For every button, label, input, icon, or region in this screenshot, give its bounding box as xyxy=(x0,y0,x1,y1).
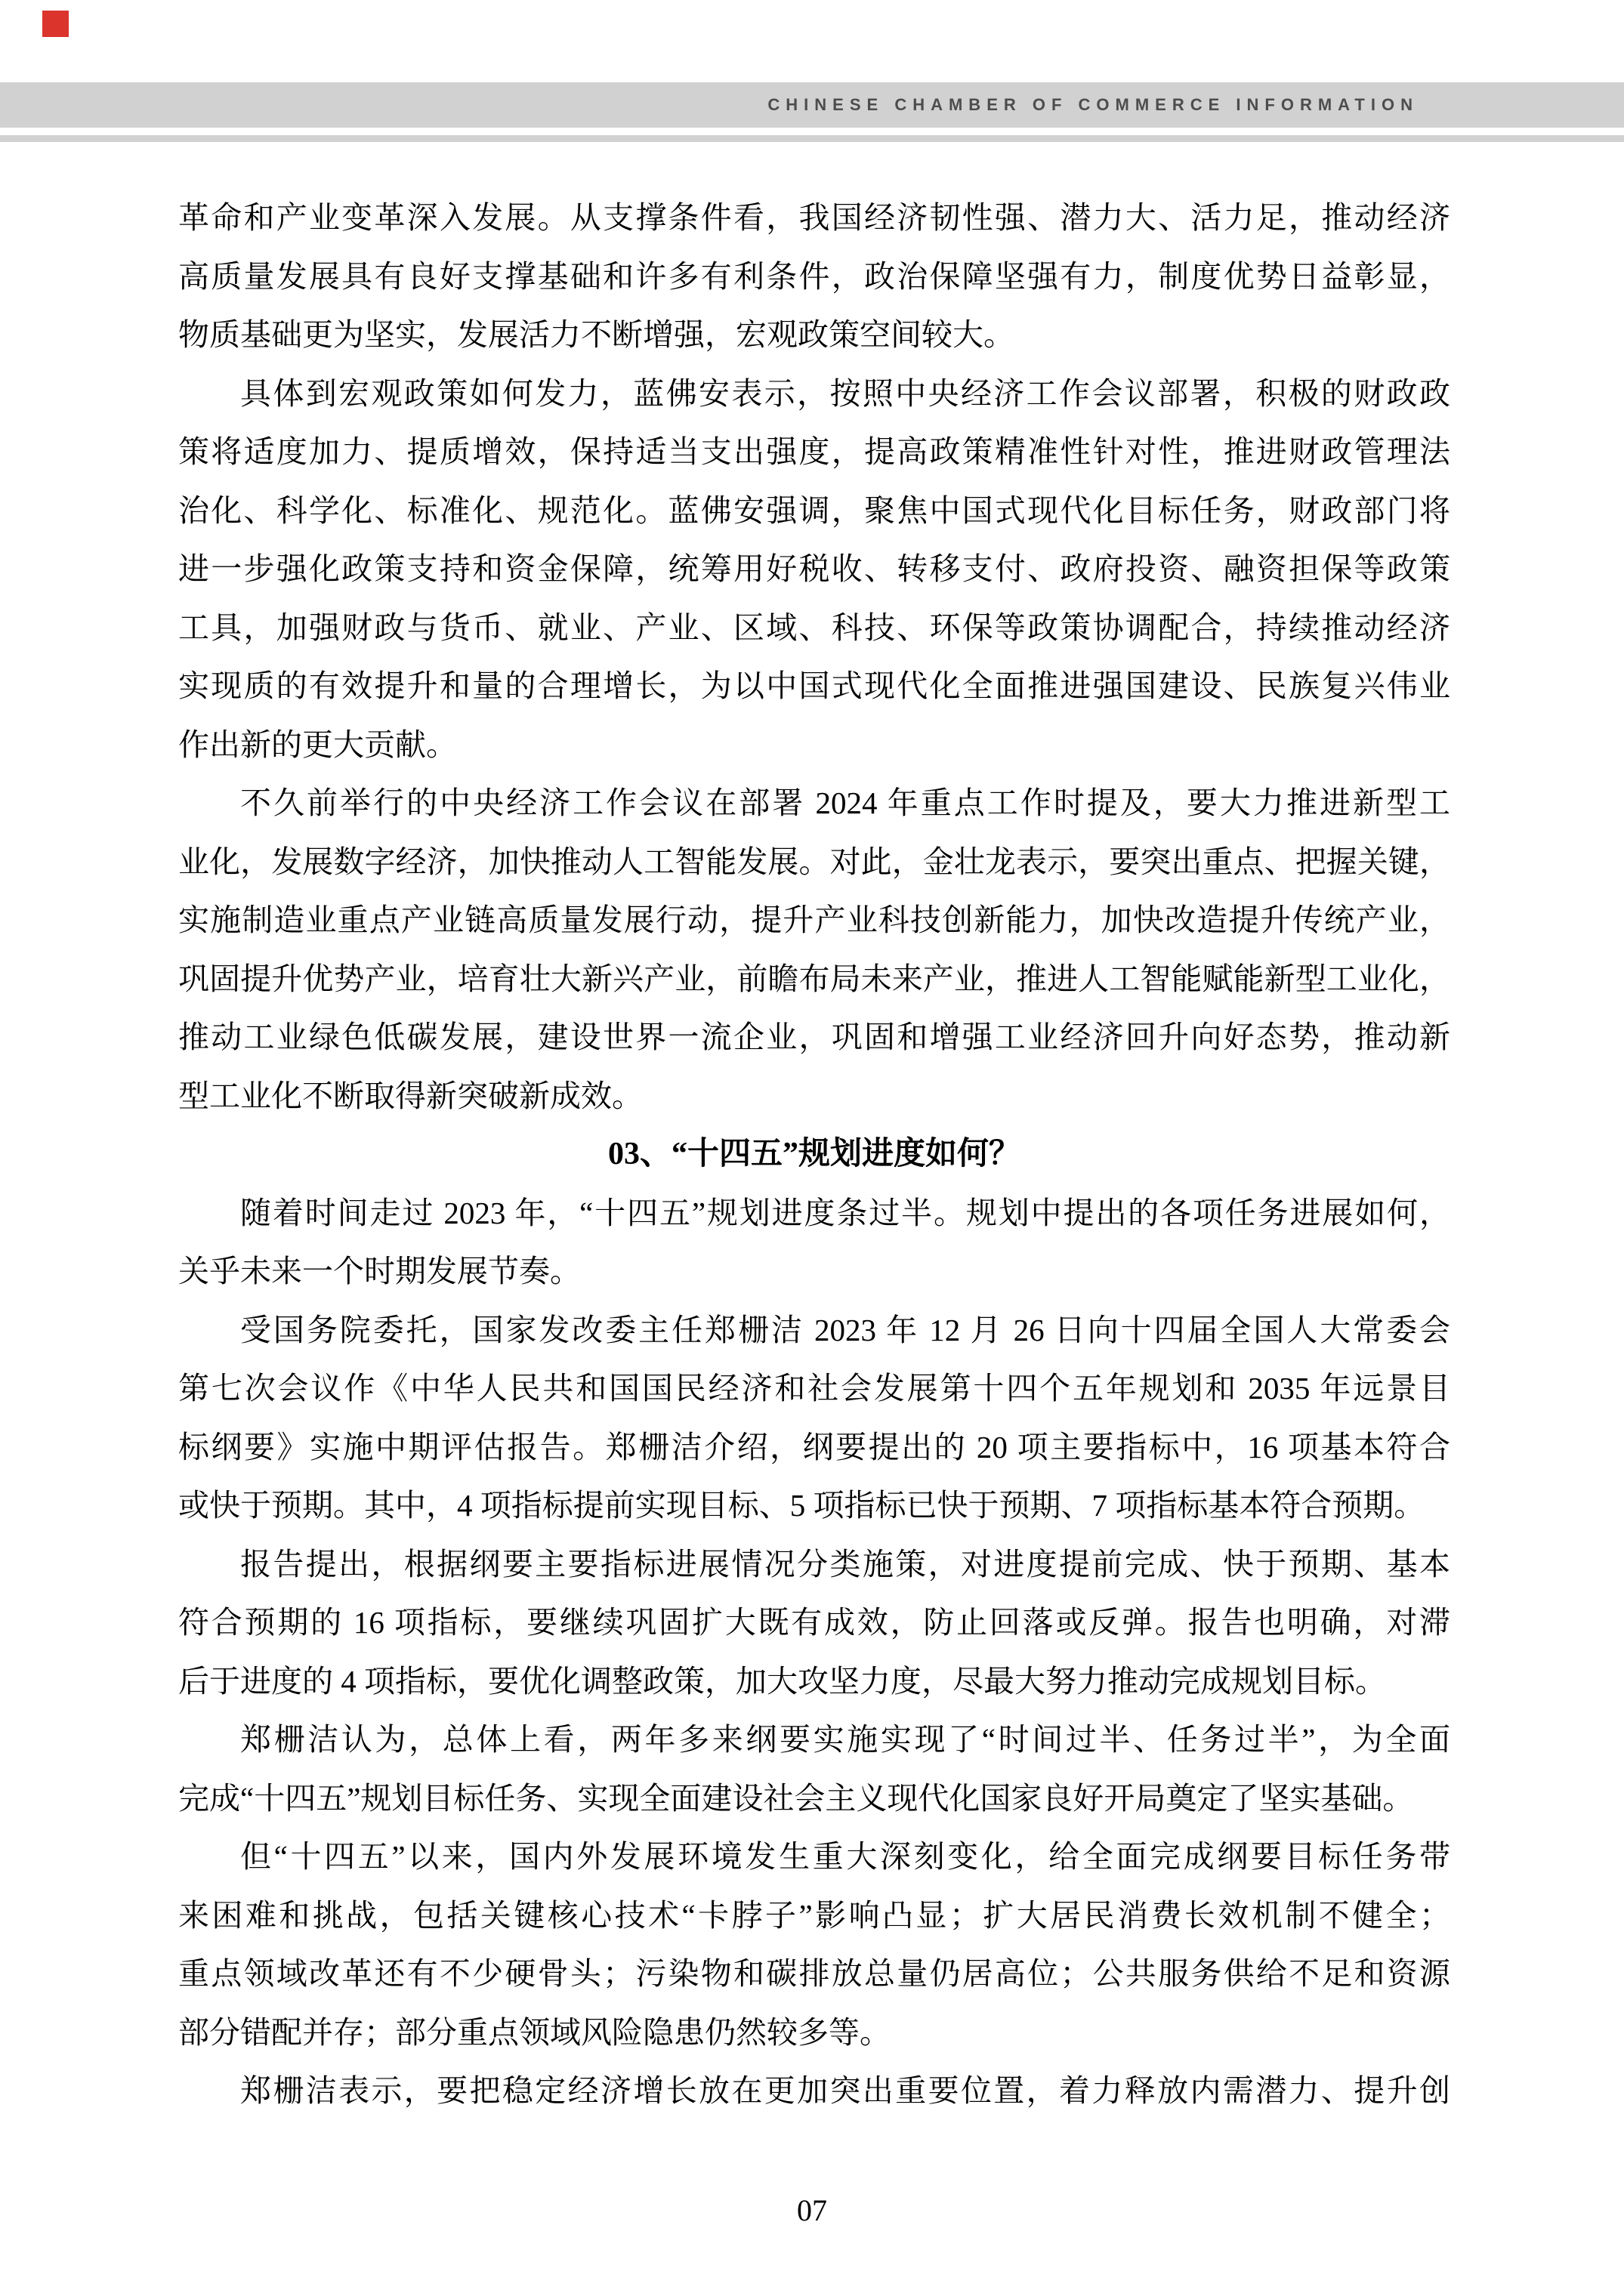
text-line: 治化、科学化、标准化、规范化。蓝佛安强调，聚焦中国式现代化目标任务，财政部门将 xyxy=(178,482,1450,541)
text-line: 随着时间走过 2023 年，“十四五”规划进度条过半。规划中提出的各项任务进展如… xyxy=(178,1184,1450,1243)
text-line: 高质量发展具有良好支撑基础和许多有利条件，政治保障坚强有力，制度优势日益彰显， xyxy=(178,248,1450,307)
document-page: CHINESE CHAMBER OF COMMERCE INFORMATION … xyxy=(0,0,1624,2293)
text-line: 部分错配并存；部分重点领域风险隐患仍然较多等。 xyxy=(178,2004,1450,2063)
text-line: 受国务院委托，国家发改委主任郑栅洁 2023 年 12 月 26 日向十四届全国… xyxy=(178,1301,1450,1360)
text-line: 推动工业绿色低碳发展，建设世界一流企业，巩固和增强工业经济回升向好态势，推动新 xyxy=(178,1008,1450,1067)
text-line: 业化，发展数字经济，加快推动人工智能发展。对此，金壮龙表示，要突出重点、把握关键… xyxy=(178,833,1450,892)
text-line: 策将适度加力、提质增效，保持适当支出强度，提高政策精准性针对性，推进财政管理法 xyxy=(178,423,1450,482)
text-line: 实施制造业重点产业链高质量发展行动，提升产业科技创新能力，加快改造提升传统产业， xyxy=(178,891,1450,950)
text-line: 来困难和挑战，包括关键核心技术“卡脖子”影响凸显；扩大居民消费长效机制不健全； xyxy=(178,1887,1450,1946)
text-line: 但“十四五”以来，国内外发展环境发生重大深刻变化，给全面完成纲要目标任务带 xyxy=(178,1828,1450,1887)
text-line: 重点领域改革还有不少硬骨头；污染物和碳排放总量仍居高位；公共服务供给不足和资源 xyxy=(178,1945,1450,2004)
red-square-decoration xyxy=(42,11,69,37)
text-line: 型工业化不断取得新突破新成效。 xyxy=(178,1067,1450,1126)
header-band-thin xyxy=(0,135,1624,142)
text-line: 关乎未来一个时期发展节奏。 xyxy=(178,1242,1450,1301)
text-line: 郑栅洁表示，要把稳定经济增长放在更加突出重要位置，着力释放内需潜力、提升创 xyxy=(178,2062,1450,2121)
page-number: 07 xyxy=(0,2193,1624,2228)
text-line: 报告提出，根据纲要主要指标进展情况分类施策，对进度提前完成、快于预期、基本 xyxy=(178,1535,1450,1594)
text-line: 完成“十四五”规划目标任务、实现全面建设社会主义现代化国家良好开局奠定了坚实基础… xyxy=(178,1770,1450,1829)
text-line: 第七次会议作《中华人民共和国国民经济和社会发展第十四个五年规划和 2035 年远… xyxy=(178,1359,1450,1418)
text-line: 实现质的有效提升和量的合理增长，为以中国式现代化全面推进强国建设、民族复兴伟业 xyxy=(178,657,1450,716)
section-heading: 03、“十四五”规划进度如何？ xyxy=(178,1125,1450,1184)
article-lines-after: 随着时间走过 2023 年，“十四五”规划进度条过半。规划中提出的各项任务进展如… xyxy=(178,1184,1450,2121)
text-line: 具体到宏观政策如何发力，蓝佛安表示，按照中央经济工作会议部署，积极的财政政 xyxy=(178,365,1450,424)
text-line: 符合预期的 16 项指标，要继续巩固扩大既有成效，防止回落或反弹。报告也明确，对… xyxy=(178,1594,1450,1653)
text-line: 不久前举行的中央经济工作会议在部署 2024 年重点工作时提及，要大力推进新型工 xyxy=(178,774,1450,833)
text-line: 革命和产业变革深入发展。从支撑条件看，我国经济韧性强、潜力大、活力足，推动经济 xyxy=(178,189,1450,248)
text-line: 巩固提升优势产业，培育壮大新兴产业，前瞻布局未来产业，推进人工智能赋能新型工业化… xyxy=(178,950,1450,1009)
header-band: CHINESE CHAMBER OF COMMERCE INFORMATION xyxy=(0,82,1624,128)
text-line: 作出新的更大贡献。 xyxy=(178,716,1450,775)
text-line: 进一步强化政策支持和资金保障，统筹用好税收、转移支付、政府投资、融资担保等政策 xyxy=(178,540,1450,599)
text-line: 工具，加强财政与货币、就业、产业、区域、科技、环保等政策协调配合，持续推动经济 xyxy=(178,599,1450,658)
article-body: 革命和产业变革深入发展。从支撑条件看，我国经济韧性强、潜力大、活力足，推动经济高… xyxy=(178,189,1450,2121)
text-line: 标纲要》实施中期评估报告。郑栅洁介绍，纲要提出的 20 项主要指标中，16 项基… xyxy=(178,1418,1450,1477)
article-lines-before: 革命和产业变革深入发展。从支撑条件看，我国经济韧性强、潜力大、活力足，推动经济高… xyxy=(178,189,1450,1125)
text-line: 物质基础更为坚实，发展活力不断增强，宏观政策空间较大。 xyxy=(178,306,1450,365)
text-line: 后于进度的 4 项指标，要优化调整政策，加大攻坚力度，尽最大努力推动完成规划目标… xyxy=(178,1653,1450,1711)
header-title: CHINESE CHAMBER OF COMMERCE INFORMATION xyxy=(767,95,1419,115)
text-line: 郑栅洁认为，总体上看，两年多来纲要实施实现了“时间过半、任务过半”，为全面 xyxy=(178,1711,1450,1770)
text-line: 或快于预期。其中，4 项指标提前实现目标、5 项指标已快于预期、7 项指标基本符… xyxy=(178,1477,1450,1535)
